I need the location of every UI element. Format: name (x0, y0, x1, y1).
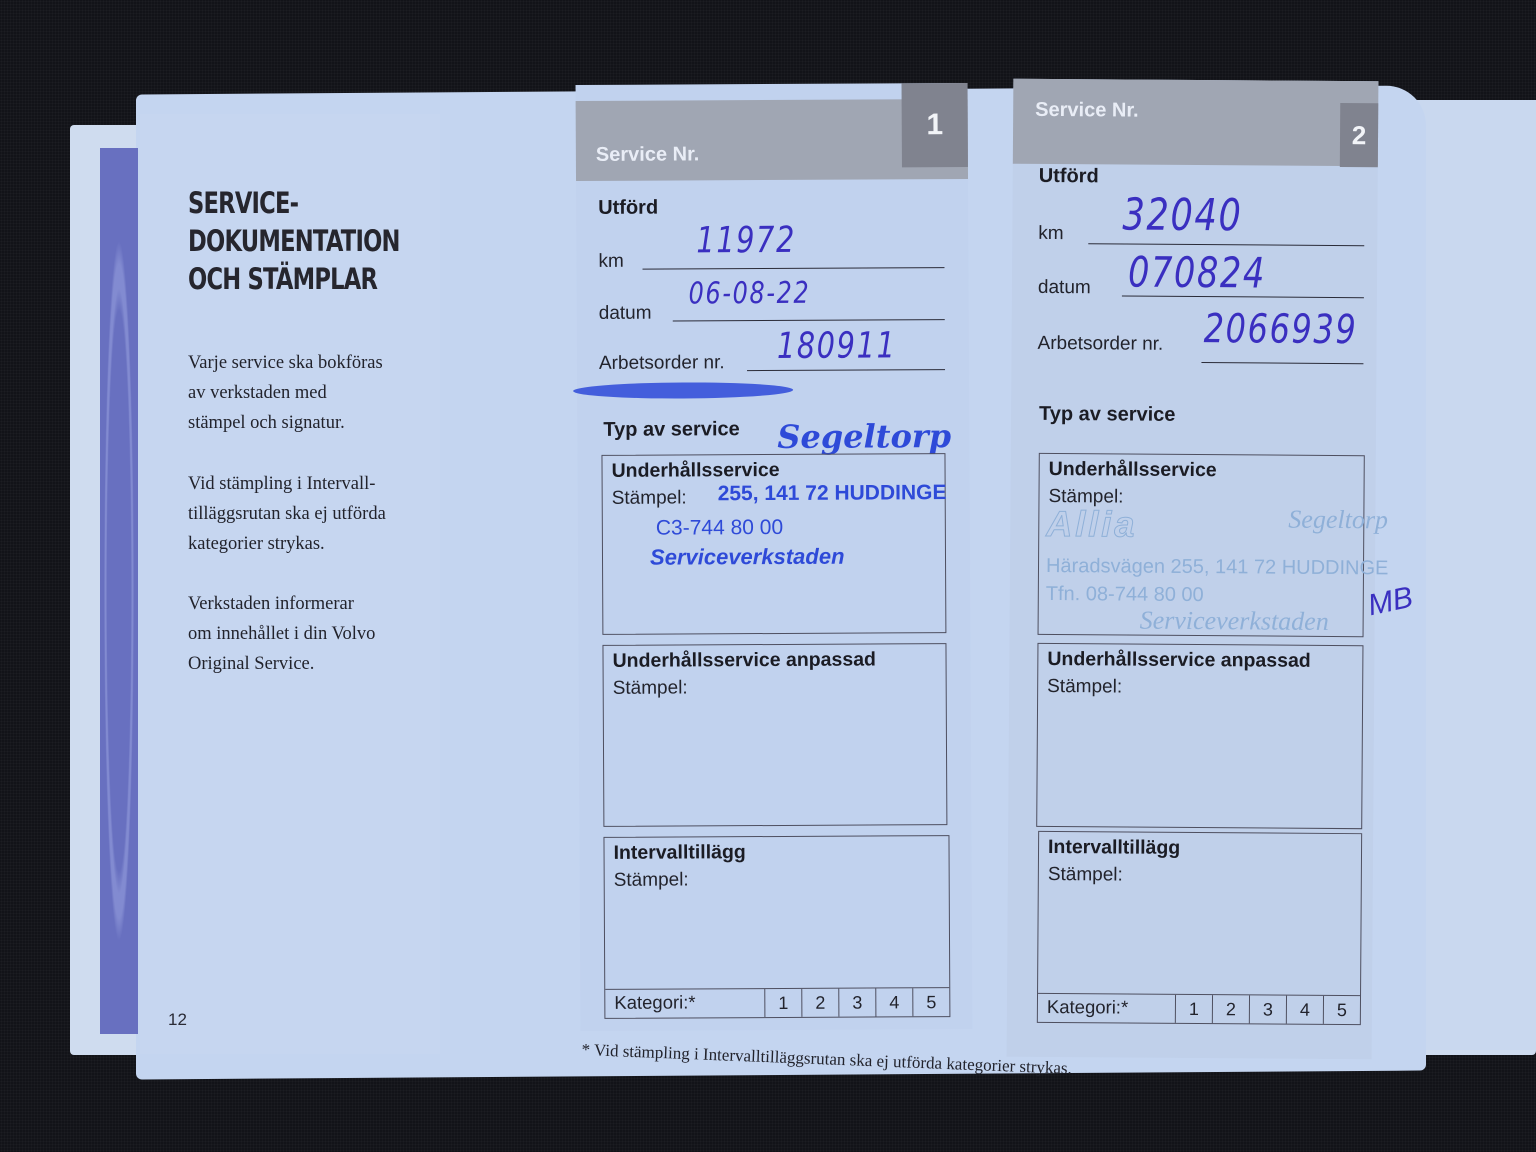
kategori-cell-3[interactable]: 3 (1249, 995, 1286, 1023)
kategori-row: Kategori:* 12345 (1038, 993, 1360, 1024)
kategori-cell-4[interactable]: 4 (1286, 996, 1323, 1024)
km-value[interactable]: 11972 (696, 220, 796, 262)
stamp-workshop: Serviceverkstaden (1140, 606, 1329, 637)
stamp-phone: Tfn. 08-744 80 00 (1046, 583, 1204, 607)
kategori-cell-2[interactable]: 2 (801, 989, 838, 1017)
next-page-edge (1410, 100, 1536, 1050)
paragraph-info: Verkstaden informerar om innehållet i di… (188, 589, 428, 679)
km-value[interactable]: 32040 (1122, 190, 1242, 242)
paragraph-interval: Vid stämpling i Intervall- tilläggsrutan… (188, 469, 428, 559)
order-value[interactable]: 2066939 (1204, 306, 1358, 353)
page-number: 12 (168, 1010, 187, 1030)
stamp-ink-smear (573, 382, 793, 399)
order-value[interactable]: 180911 (777, 325, 897, 367)
service-number: 1 (902, 83, 968, 167)
utford-label: Utförd (1039, 165, 1099, 188)
kategori-cells: 12345 (1175, 995, 1360, 1024)
box-underhallsservice-anpassad[interactable]: Underhållsservice anpassad Stämpel: (602, 643, 947, 827)
stamp-workshop: Serviceverkstaden (650, 544, 845, 571)
utford-label: Utförd (598, 197, 658, 220)
decorative-side-band (100, 148, 138, 1034)
stamp-place: Segeltorp (777, 417, 951, 456)
datum-value[interactable]: 06-08-22 (689, 276, 811, 312)
box-intervalltillagg[interactable]: Intervalltillägg Stämpel: Kategori:* 123… (1037, 831, 1362, 1025)
datum-value[interactable]: 070824 (1128, 248, 1266, 298)
kategori-cell-5[interactable]: 5 (1323, 996, 1360, 1024)
page-heading: SERVICE- DOKUMENTATION OCH STÄMPLAR (188, 184, 375, 298)
stamp-place: Segeltorp (1288, 505, 1388, 536)
stamp-address: 255, 141 72 HUDDINGE (718, 481, 947, 506)
service-header: Service Nr. 2 (1013, 79, 1379, 167)
kategori-cell-2[interactable]: 2 (1212, 995, 1249, 1023)
stamp-phone: C3-744 80 00 (656, 516, 783, 541)
type-label: Typ av service (603, 418, 740, 442)
kategori-cell-1[interactable]: 1 (764, 989, 801, 1017)
kategori-cells: 12345 (764, 988, 949, 1017)
kategori-row: Kategori:* 12345 (605, 987, 949, 1018)
service-header: Service Nr. 1 (576, 99, 968, 181)
paragraph-bookkeeping: Varje service ska bokföras av verkstaden… (188, 348, 428, 438)
kategori-cell-3[interactable]: 3 (838, 988, 875, 1016)
kategori-cell-4[interactable]: 4 (875, 988, 912, 1016)
service-card-2: Service Nr. 2 Utförd km 32040 datum 0708… (1007, 79, 1379, 1060)
box-underhallsservice-anpassad[interactable]: Underhållsservice anpassad Stämpel: (1036, 643, 1363, 829)
type-label: Typ av service (1039, 403, 1176, 427)
stamp-address: Häradsvägen 255, 141 72 HUDDINGE (1046, 555, 1389, 580)
service-card-1: Service Nr. 1 Utförd km 11972 datum 06-0… (576, 83, 973, 1031)
box-intervalltillagg[interactable]: Intervalltillägg Stämpel: Kategori:* 123… (603, 835, 950, 1019)
kategori-cell-5[interactable]: 5 (912, 988, 949, 1016)
service-number: 2 (1340, 103, 1378, 167)
stamp-logo: Allia (1046, 503, 1137, 546)
kategori-cell-1[interactable]: 1 (1175, 995, 1212, 1023)
